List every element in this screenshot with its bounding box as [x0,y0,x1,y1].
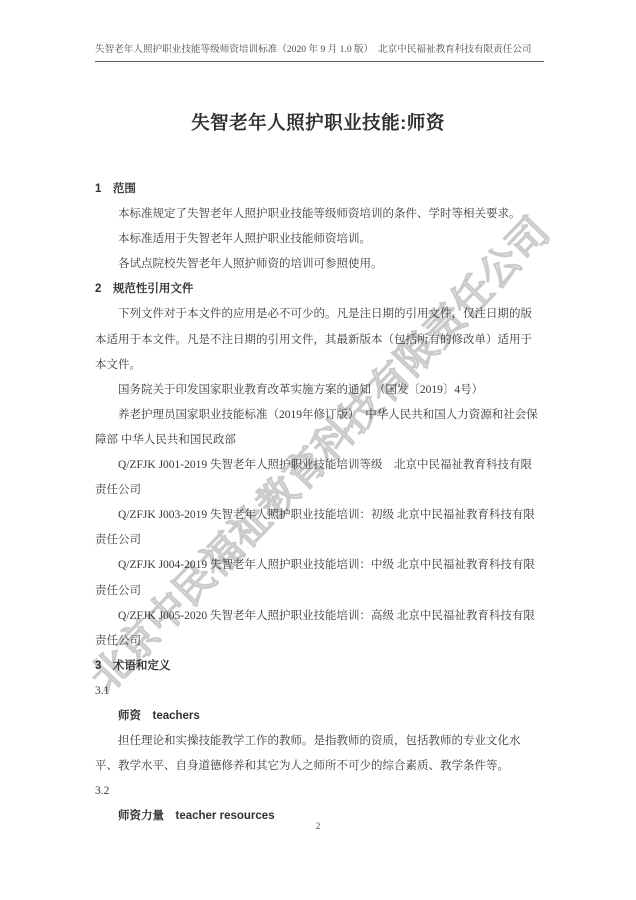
heading-terms-definitions: 3 术语和定义 [95,654,541,679]
definition-teachers: 担任理论和实操技能教学工作的教师。是指教师的资质，包括教师的专业文化水平、教学水… [95,729,541,779]
paragraph-references-intro: 下列文件对于本文件的应用是必不可少的。凡是注日期的引用文件，仅注日期的版本适用于… [95,302,541,377]
paragraph-scope-1: 本标准规定了失智老年人照护职业技能等级师资培训的条件、学时等相关要求。 [95,202,541,227]
paragraph-scope-3: 各试点院校失智老年人照护师资的培训可参照使用。 [95,252,541,277]
reference-j004: Q/ZFJK J004-2019 失智老年人照护职业技能培训：中级 北京中民福祉… [95,553,541,603]
reference-j003: Q/ZFJK J003-2019 失智老年人照护职业技能培训：初级 北京中民福祉… [95,503,541,553]
document-page: 北京中民福祉教育科技有限责任公司 失智老年人照护职业技能等级师资培训标准（202… [0,0,636,900]
running-header: 失智老年人照护职业技能等级师资培训标准（2020 年 9 月 1.0 版） 北京… [95,44,545,56]
page-number: 2 [0,821,636,833]
header-rule [95,61,544,62]
term-number-3-2: 3.2 [95,779,541,804]
term-number-3-1: 3.1 [95,679,541,704]
reference-caregiver-standard: 养老护理员国家职业技能标准（2019年修订版） 中华人民共和国人力资源和社会保障… [95,403,541,453]
reference-j005: Q/ZFJK J005-2020 失智老年人照护职业技能培训：高级 北京中民福祉… [95,604,541,654]
heading-normative-references: 2 规范性引用文件 [95,277,541,302]
reference-state-council: 国务院关于印发国家职业教育改革实施方案的通知 （国发〔2019〕4号） [95,378,541,403]
document-title: 失智老年人照护职业技能:师资 [0,110,636,136]
reference-j001: Q/ZFJK J001-2019 失智老年人照护职业技能培训等级 北京中民福祉教… [95,453,541,503]
heading-scope: 1 范围 [95,177,541,202]
paragraph-scope-2: 本标准适用于失智老年人照护职业技能师资培训。 [95,227,541,252]
term-teachers: 师资 teachers [95,704,541,729]
document-body: 1 范围 本标准规定了失智老年人照护职业技能等级师资培训的条件、学时等相关要求。… [95,177,541,829]
